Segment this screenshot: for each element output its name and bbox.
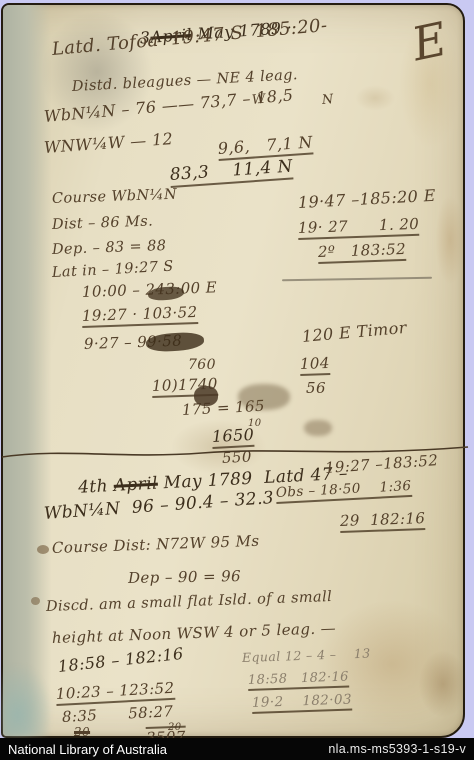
footer-bar: National Library of Australia nla.ms-ms5… bbox=[0, 738, 474, 760]
hw-line: 19·2 182·03 bbox=[252, 693, 353, 714]
stain bbox=[419, 651, 467, 717]
hw-line: 29 182:16 bbox=[340, 510, 426, 532]
hw-day: 4th bbox=[78, 476, 115, 498]
hw-line: 9·27 – 99·58 bbox=[84, 333, 183, 353]
stain bbox=[435, 195, 465, 285]
scan-frame: { "footer": { "library": "National Libra… bbox=[0, 0, 474, 760]
hw-line: 18:58 182·16 bbox=[248, 670, 349, 691]
hw-line: 2º 183:52 bbox=[318, 241, 407, 264]
stain bbox=[355, 85, 395, 111]
hw-line: Dep – 90 = 96 bbox=[128, 568, 241, 586]
hw-line: N bbox=[321, 93, 334, 108]
library-name: National Library of Australia bbox=[8, 742, 167, 757]
stain bbox=[31, 597, 40, 605]
hw-line: 760 bbox=[188, 358, 216, 373]
item-reference: nla.ms-ms5393-1-s19-v bbox=[328, 742, 466, 756]
hw-line: 1650 bbox=[211, 426, 254, 449]
hw-line: 10)1740 bbox=[152, 376, 219, 398]
hw-line: 104 bbox=[300, 355, 331, 376]
hw-struck-month: April bbox=[113, 473, 158, 495]
stain bbox=[37, 545, 49, 554]
torn-edge-patch bbox=[3, 666, 51, 736]
hw-line: 56 bbox=[306, 380, 326, 397]
hw-line: 19:27 · 103·52 bbox=[82, 304, 198, 328]
